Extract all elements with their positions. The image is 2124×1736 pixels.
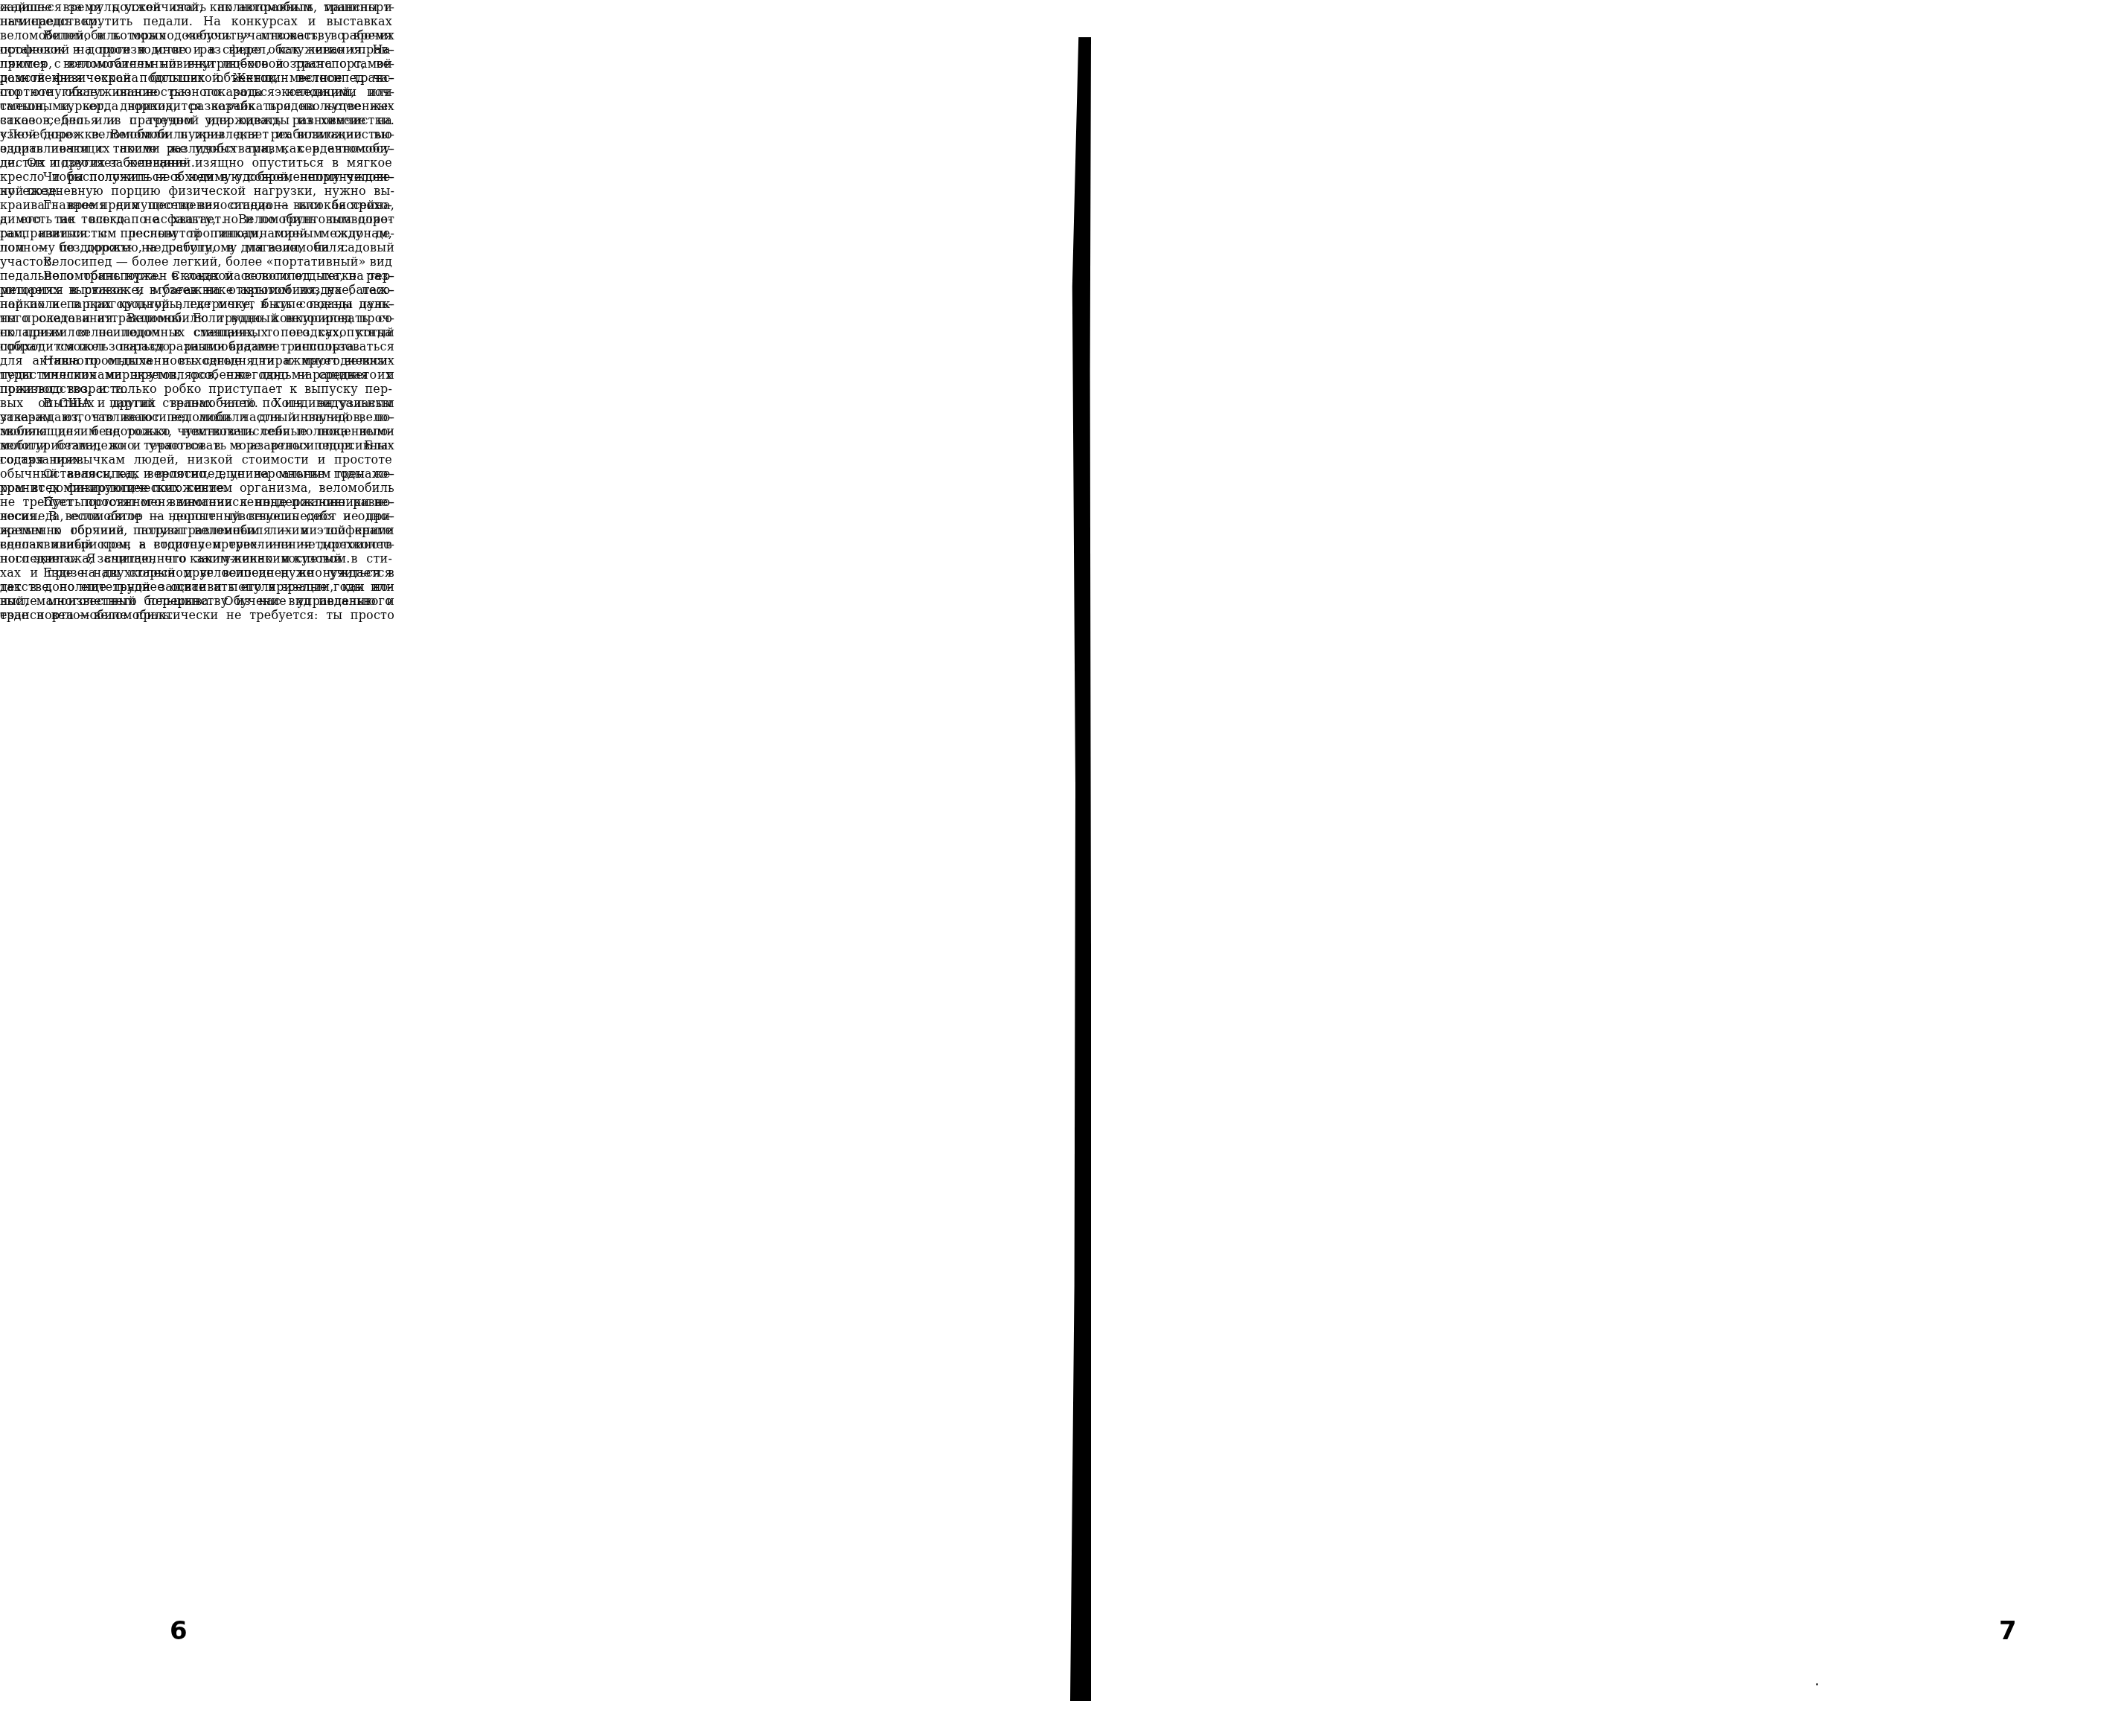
- text-line: ляются с веломобилем новички любого возр…: [0, 57, 392, 71]
- text-line: ездить почти с такими же удобствами, как…: [0, 141, 392, 156]
- text-line: Главное преимущество велосипеда — высока…: [0, 198, 392, 212]
- text-line: транспорта — веломобиль.: [0, 608, 392, 622]
- text-line: разной физической подготовкой. Женщин ве…: [0, 71, 392, 85]
- text-line: утверждают, что велосипед лишь частный с…: [0, 410, 392, 424]
- text-line: димость не только по асфальту, но и по г…: [0, 212, 392, 226]
- text-line: так в дополнительной защите и популяриза…: [0, 580, 392, 594]
- text-line: последнего. Я считаю, что заслуженно вос…: [0, 551, 392, 566]
- text-line: вых опытных партий веломобилей. Хотя энт…: [0, 396, 392, 410]
- text-line: остановок в дороге я много раз видел, ка…: [0, 42, 392, 57]
- text-line: Велосипед — более легкий, более «портати…: [0, 254, 392, 269]
- text-line: Пусть простят меня многочисленные поклон…: [0, 495, 392, 509]
- text-line: сделал явный крен в сторону преувеличени…: [0, 537, 392, 551]
- text-line: садишься за руль устойчивой, как автомоб…: [0, 0, 392, 14]
- text-line: кресло и расположиться в нем в удобной, …: [0, 170, 392, 184]
- text-line: педы миллионами экземпляров, ежегодно на…: [0, 368, 392, 382]
- text-line: него следования. Веломобилю трудно конку…: [0, 311, 392, 325]
- text-line: смешными, когда приходится карабкаться н…: [0, 99, 392, 113]
- text-line: сто отпугивает опасностью показаться нел…: [0, 85, 392, 99]
- text-line: складным велосипедом в смешанных поездка…: [0, 325, 392, 339]
- text-line: производство, и только робко приступает …: [0, 382, 392, 396]
- text-line: хах и прозе наш старый друг велосипед не…: [0, 566, 392, 580]
- right-page-text-column: садишься за руль устойчивой, как автомоб…: [0, 0, 392, 622]
- text-line: начинаешь крутить педали. На конкурсах и…: [0, 14, 392, 28]
- text-line: временно горячий патриот веломобиля — в …: [0, 523, 392, 537]
- text-line: мобиля для бездорожья, немногочисленные …: [0, 424, 392, 438]
- text-line: мобили безнадежно теряются в море велоси…: [0, 438, 392, 452]
- text-line: вый, малоизвестный большинству из нас ви…: [0, 594, 392, 608]
- text-line: ной позе.: [0, 184, 392, 198]
- scan-speck: [1816, 1683, 1818, 1685]
- text-line: сткое седло или с трудом удерживать равн…: [0, 113, 392, 127]
- text-line: мещается в рюкзаке, в багажнике автомоби…: [0, 283, 392, 297]
- text-line: гам, извилистым лесным тропинкам, горным…: [0, 226, 392, 240]
- book-spread: жайшее время должен стать полноправным т…: [0, 0, 2124, 1736]
- text-line: Наша промышленность сегодня тиражирует в…: [0, 353, 392, 368]
- text-line: обычный велосипед, вероятно, еще на мног…: [0, 467, 392, 481]
- text-line: педального транспорта. Складной велосипе…: [0, 269, 392, 283]
- text-line: лосипеда, если автор — неопытный велосип…: [0, 509, 392, 523]
- text-line: веломобилей, в которых довелось участвов…: [0, 28, 392, 42]
- right-page-number: 7: [1999, 1616, 2017, 1646]
- text-line: хранит доминирующее положение.: [0, 481, 392, 495]
- right-page: [1094, 0, 2124, 1736]
- text-line: ной полке в пригородной электричке, в ку…: [0, 297, 392, 311]
- text-line: полному бездорожью, недоступному для вел…: [0, 240, 392, 254]
- left-page-number: 6: [170, 1616, 188, 1646]
- text-line: узкой дорожке. Веломобиль привлекает их …: [0, 127, 392, 141]
- text-line: приходится пользоваться разными видами т…: [0, 339, 392, 353]
- text-line: ле. Он позволяет женщине изящно опустить…: [0, 156, 392, 170]
- book-spine-gutter-shadow: [1070, 37, 1091, 1701]
- text-line: годаря привычкам людей, низкой стоимости…: [0, 452, 392, 467]
